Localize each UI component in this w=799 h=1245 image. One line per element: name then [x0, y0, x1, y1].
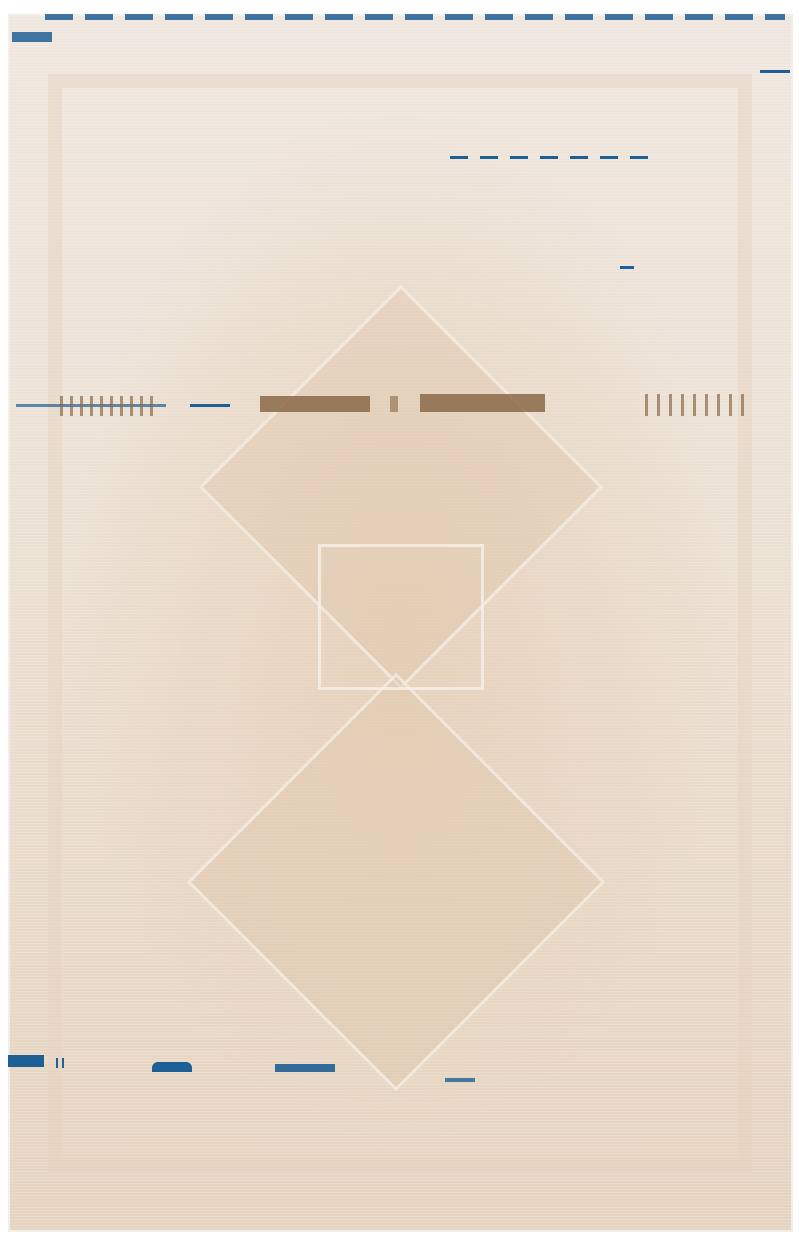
blue-bottom-mark-1	[8, 1055, 44, 1067]
blue-top-edge	[45, 14, 785, 20]
blue-dash-right	[760, 70, 790, 73]
blue-corner-mark	[12, 32, 52, 42]
brown-left-motif	[60, 396, 160, 416]
blue-bottom-mark-3	[152, 1062, 192, 1072]
brown-block-right	[420, 394, 545, 412]
rug	[8, 14, 793, 1232]
rug-photo	[0, 0, 799, 1245]
brown-tick	[390, 396, 398, 412]
blue-bottom-mark-2	[56, 1058, 64, 1068]
brown-right-motif	[645, 394, 750, 416]
blue-bottom-mark-4	[275, 1064, 335, 1072]
brown-block-left	[260, 396, 370, 412]
blue-bottom-mark-5	[445, 1078, 475, 1082]
blue-mid-line	[190, 404, 230, 407]
center-square	[318, 544, 484, 690]
blue-dash	[620, 266, 634, 269]
blue-dash-line	[450, 156, 650, 159]
